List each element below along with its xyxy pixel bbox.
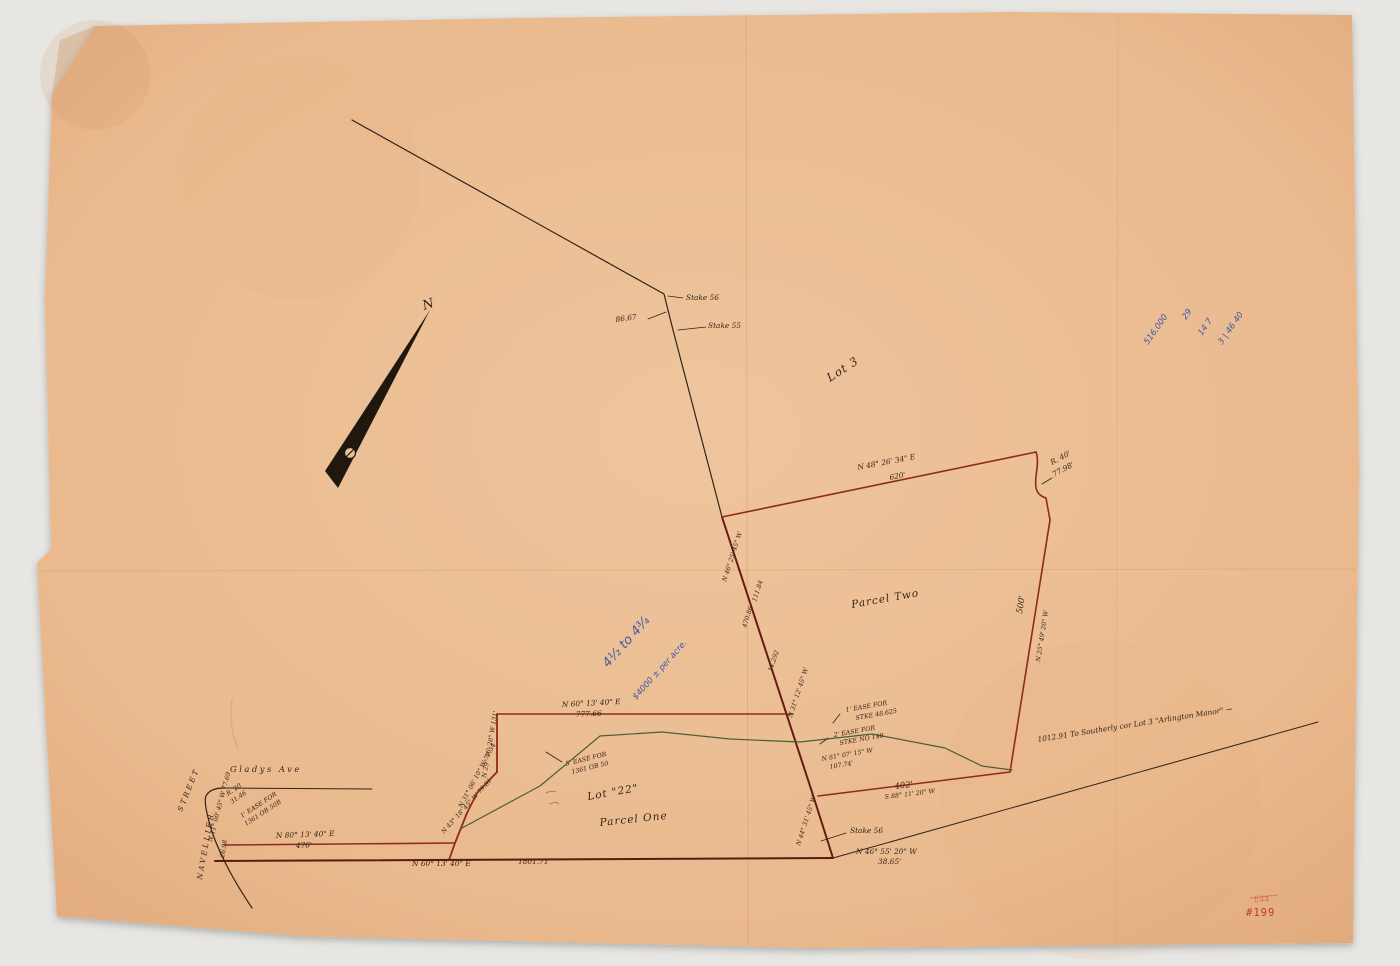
paper-stain bbox=[40, 20, 150, 130]
paper-stain bbox=[940, 640, 1260, 960]
parcel-one-right-distance: 38.65' bbox=[878, 857, 901, 866]
parcel-one-bottom-distance: 1801.71 bbox=[518, 857, 549, 866]
parcel-one-left-distance: 476' bbox=[295, 840, 312, 850]
reference-number-label: #199 bbox=[1246, 907, 1275, 919]
survey-map-canvas: N Stake 56 86.67 Stake 55 Lot 3 516,000 … bbox=[0, 0, 1400, 966]
parcel-one-bottom-bearing: N 60° 13' 40" E bbox=[411, 859, 471, 868]
stake56-bottom-label: Stake 56 bbox=[850, 826, 883, 835]
paper-sheet bbox=[37, 12, 1359, 960]
parcel-one-top-distance: 777.66 bbox=[576, 709, 603, 719]
paper-stain bbox=[180, 60, 420, 300]
stake55-label: Stake 55 bbox=[708, 321, 741, 330]
stake56-top-label: Stake 56 bbox=[686, 293, 719, 302]
gladys-ave-label: Gladys Ave bbox=[230, 764, 302, 774]
reference-e44-label: E44 bbox=[1254, 894, 1269, 904]
scanned-document-stage: N Stake 56 86.67 Stake 55 Lot 3 516,000 … bbox=[0, 0, 1400, 966]
parcel-one-right-bearing: N 46° 55' 20" W bbox=[855, 847, 918, 856]
